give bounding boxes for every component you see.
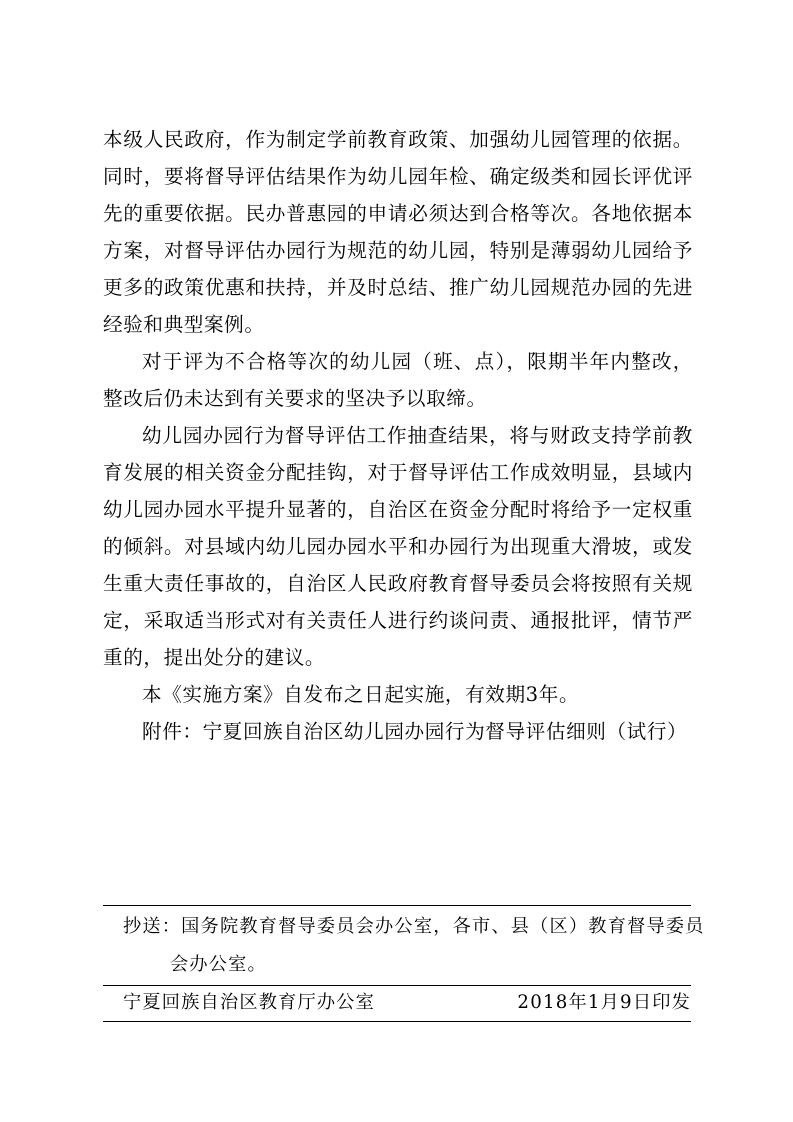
paragraph-2: 对于评为不合格等次的幼儿园（班、点），限期半年内整改，整改后仍未达到有关要求的坚…: [103, 343, 693, 417]
attachment-note: 附件：宁夏回族自治区幼儿园办园行为督导评估细则（试行）: [103, 713, 693, 750]
issue-date: 2018年1月9日印发: [517, 987, 691, 1019]
footer-bottom-rule: [103, 1021, 691, 1022]
issuer-line: 宁夏回族自治区教育厅办公室 2018年1月9日印发: [103, 987, 691, 1019]
footer-middle-rule: [103, 985, 691, 986]
paragraph-4: 本《实施方案》自发布之日起实施，有效期3年。: [103, 676, 693, 713]
cc-block: 抄送：国务院教育督导委员会办公室，各市、县（区）教育督导委员 会办公室。: [103, 908, 691, 984]
paragraph-3: 幼儿园办园行为督导评估工作抽查结果，将与财政支持学前教育发展的相关资金分配挂钩，…: [103, 417, 693, 676]
document-page: 本级人民政府，作为制定学前教育政策、加强幼儿园管理的依据。同时，要将督导评估结果…: [0, 0, 793, 1122]
cc-line-2: 会办公室。: [103, 946, 691, 984]
document-body: 本级人民政府，作为制定学前教育政策、加强幼儿园管理的依据。同时，要将督导评估结果…: [103, 121, 693, 750]
issuer-name: 宁夏回族自治区教育厅办公室: [103, 987, 375, 1019]
footer-top-rule: [103, 905, 691, 906]
paragraph-1: 本级人民政府，作为制定学前教育政策、加强幼儿园管理的依据。同时，要将督导评估结果…: [103, 121, 693, 343]
cc-line-1: 抄送：国务院教育督导委员会办公室，各市、县（区）教育督导委员: [103, 908, 691, 946]
